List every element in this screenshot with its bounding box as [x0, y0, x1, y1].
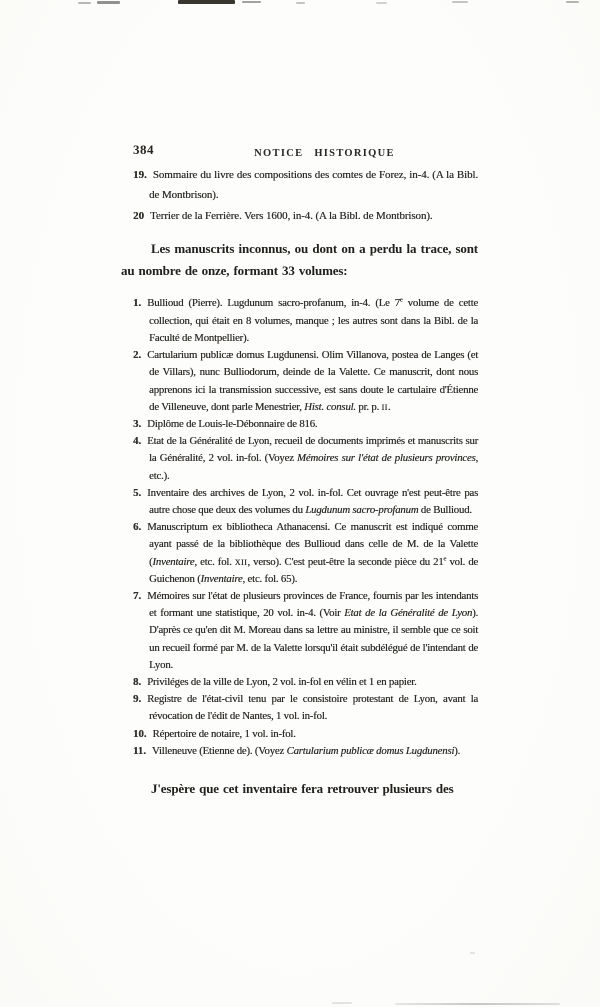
intro-paragraph: Les manuscrits inconnus, ou dont on a pe…: [121, 238, 478, 282]
list-item: 5.Inventaire des archives de Lyon, 2 vol…: [133, 485, 478, 519]
italic-text: Cartularium publicæ domus Lugdunensi: [286, 745, 454, 757]
scan-artifact: [78, 2, 91, 4]
list-item: 10.Répertoire de notaire, 1 vol. in-fol.: [133, 726, 478, 743]
text-run: , verso). C'est peut-être la seconde piè…: [247, 556, 443, 568]
page-number: 384: [133, 142, 154, 158]
smallcaps-text: xii: [235, 556, 248, 568]
scan-artifact: [296, 2, 305, 4]
text-run: pr. p.: [356, 401, 382, 413]
scan-artifact: [452, 1, 468, 3]
italic-text: Inventaire: [200, 573, 242, 585]
italic-text: Lugdunum sacro-profanum: [305, 504, 418, 516]
scan-artifact: [566, 1, 579, 3]
list-item: 9.Registre de l'état-civil tenu par le c…: [133, 691, 478, 725]
scan-artifact: [97, 1, 120, 4]
previous-list-end: 19.Sommaire du livre des compositions de…: [133, 165, 478, 226]
list-item: 1.Bullioud (Pierre). Lugdunum sacro-prof…: [133, 295, 478, 347]
text-run: Sommaire du livre des compositions des c…: [149, 169, 478, 201]
item-number: 5.: [133, 487, 141, 499]
text-run: , etc. fol.: [194, 556, 234, 568]
item-number: 2.: [133, 349, 141, 361]
italic-text: Mémoires sur l'état de plusieurs provinc…: [297, 452, 476, 464]
scan-artifact: [242, 1, 261, 3]
text-run: Bullioud (Pierre). Lugdunum sacro-profan…: [147, 297, 400, 309]
list-item: 7.Mémoires sur l'état de plusieurs provi…: [133, 588, 478, 674]
scan-artifact: [395, 1003, 560, 1005]
list-item: 11.Villeneuve (Etienne de). (Voyez Cartu…: [133, 743, 478, 760]
text-run: Villeneuve (Etienne de). (Voyez: [152, 745, 287, 757]
list-item: 20Terrier de la Ferrière. Vers 1600, in-…: [133, 206, 478, 226]
text-run: Priviléges de la ville de Lyon, 2 vol. i…: [147, 676, 416, 688]
text-run: Diplôme de Louis-le-Débonnaire de 816.: [147, 418, 317, 430]
item-number: 1.: [133, 297, 141, 309]
item-number: 11.: [133, 745, 146, 757]
list-item: 19.Sommaire du livre des compositions de…: [133, 165, 478, 206]
running-title: NOTICE HISTORIQUE: [254, 148, 395, 159]
scanned-book-page: 384 NOTICE HISTORIQUE 19.Sommaire du liv…: [0, 0, 600, 1007]
item-number: 3.: [133, 418, 141, 430]
text-run: de Bullioud.: [418, 504, 471, 516]
italic-text: Hist. consul.: [304, 401, 356, 413]
item-number: 7.: [133, 590, 141, 602]
list-item: 6.Manuscriptum ex bibliotheca Athanacens…: [133, 519, 478, 588]
item-number: 20: [133, 210, 144, 222]
scan-artifact: [178, 0, 235, 4]
item-number: 9.: [133, 693, 141, 705]
list-item: 8.Priviléges de la ville de Lyon, 2 vol.…: [133, 674, 478, 691]
closing-paragraph: J'espère que cet inventaire fera retrouv…: [121, 778, 478, 800]
italic-text: Etat de la Généralité de Lyon: [344, 607, 472, 619]
item-number: 10.: [133, 728, 147, 740]
list-item: 4.Etat de la Généralité de Lyon, recueil…: [133, 433, 478, 485]
item-number: 8.: [133, 676, 141, 688]
scan-artifact: [470, 952, 475, 954]
scan-artifact: [376, 2, 387, 4]
text-run: Terrier de la Ferrière. Vers 1600, in-4.…: [150, 210, 432, 222]
text-run: Répertoire de notaire, 1 vol. in-fol.: [153, 728, 296, 740]
item-number: 4.: [133, 435, 141, 447]
text-run: .: [388, 401, 391, 413]
scan-artifact: [332, 1002, 352, 1004]
text-run: ).: [454, 745, 460, 757]
item-number: 6.: [133, 521, 141, 533]
text-run: Registre de l'état-civil tenu par le con…: [147, 693, 478, 722]
list-item: 3.Diplôme de Louis-le-Débonnaire de 816.: [133, 416, 478, 433]
text-column: 384 NOTICE HISTORIQUE 19.Sommaire du liv…: [121, 143, 478, 800]
item-number: 19.: [133, 169, 147, 181]
italic-text: Inventaire: [152, 556, 194, 568]
manuscripts-list: 1.Bullioud (Pierre). Lugdunum sacro-prof…: [133, 295, 478, 759]
running-head: 384 NOTICE HISTORIQUE: [121, 143, 478, 158]
text-run: , etc. fol. 65).: [242, 573, 297, 585]
list-item: 2.Cartularium publicæ domus Lugdunensi. …: [133, 347, 478, 416]
